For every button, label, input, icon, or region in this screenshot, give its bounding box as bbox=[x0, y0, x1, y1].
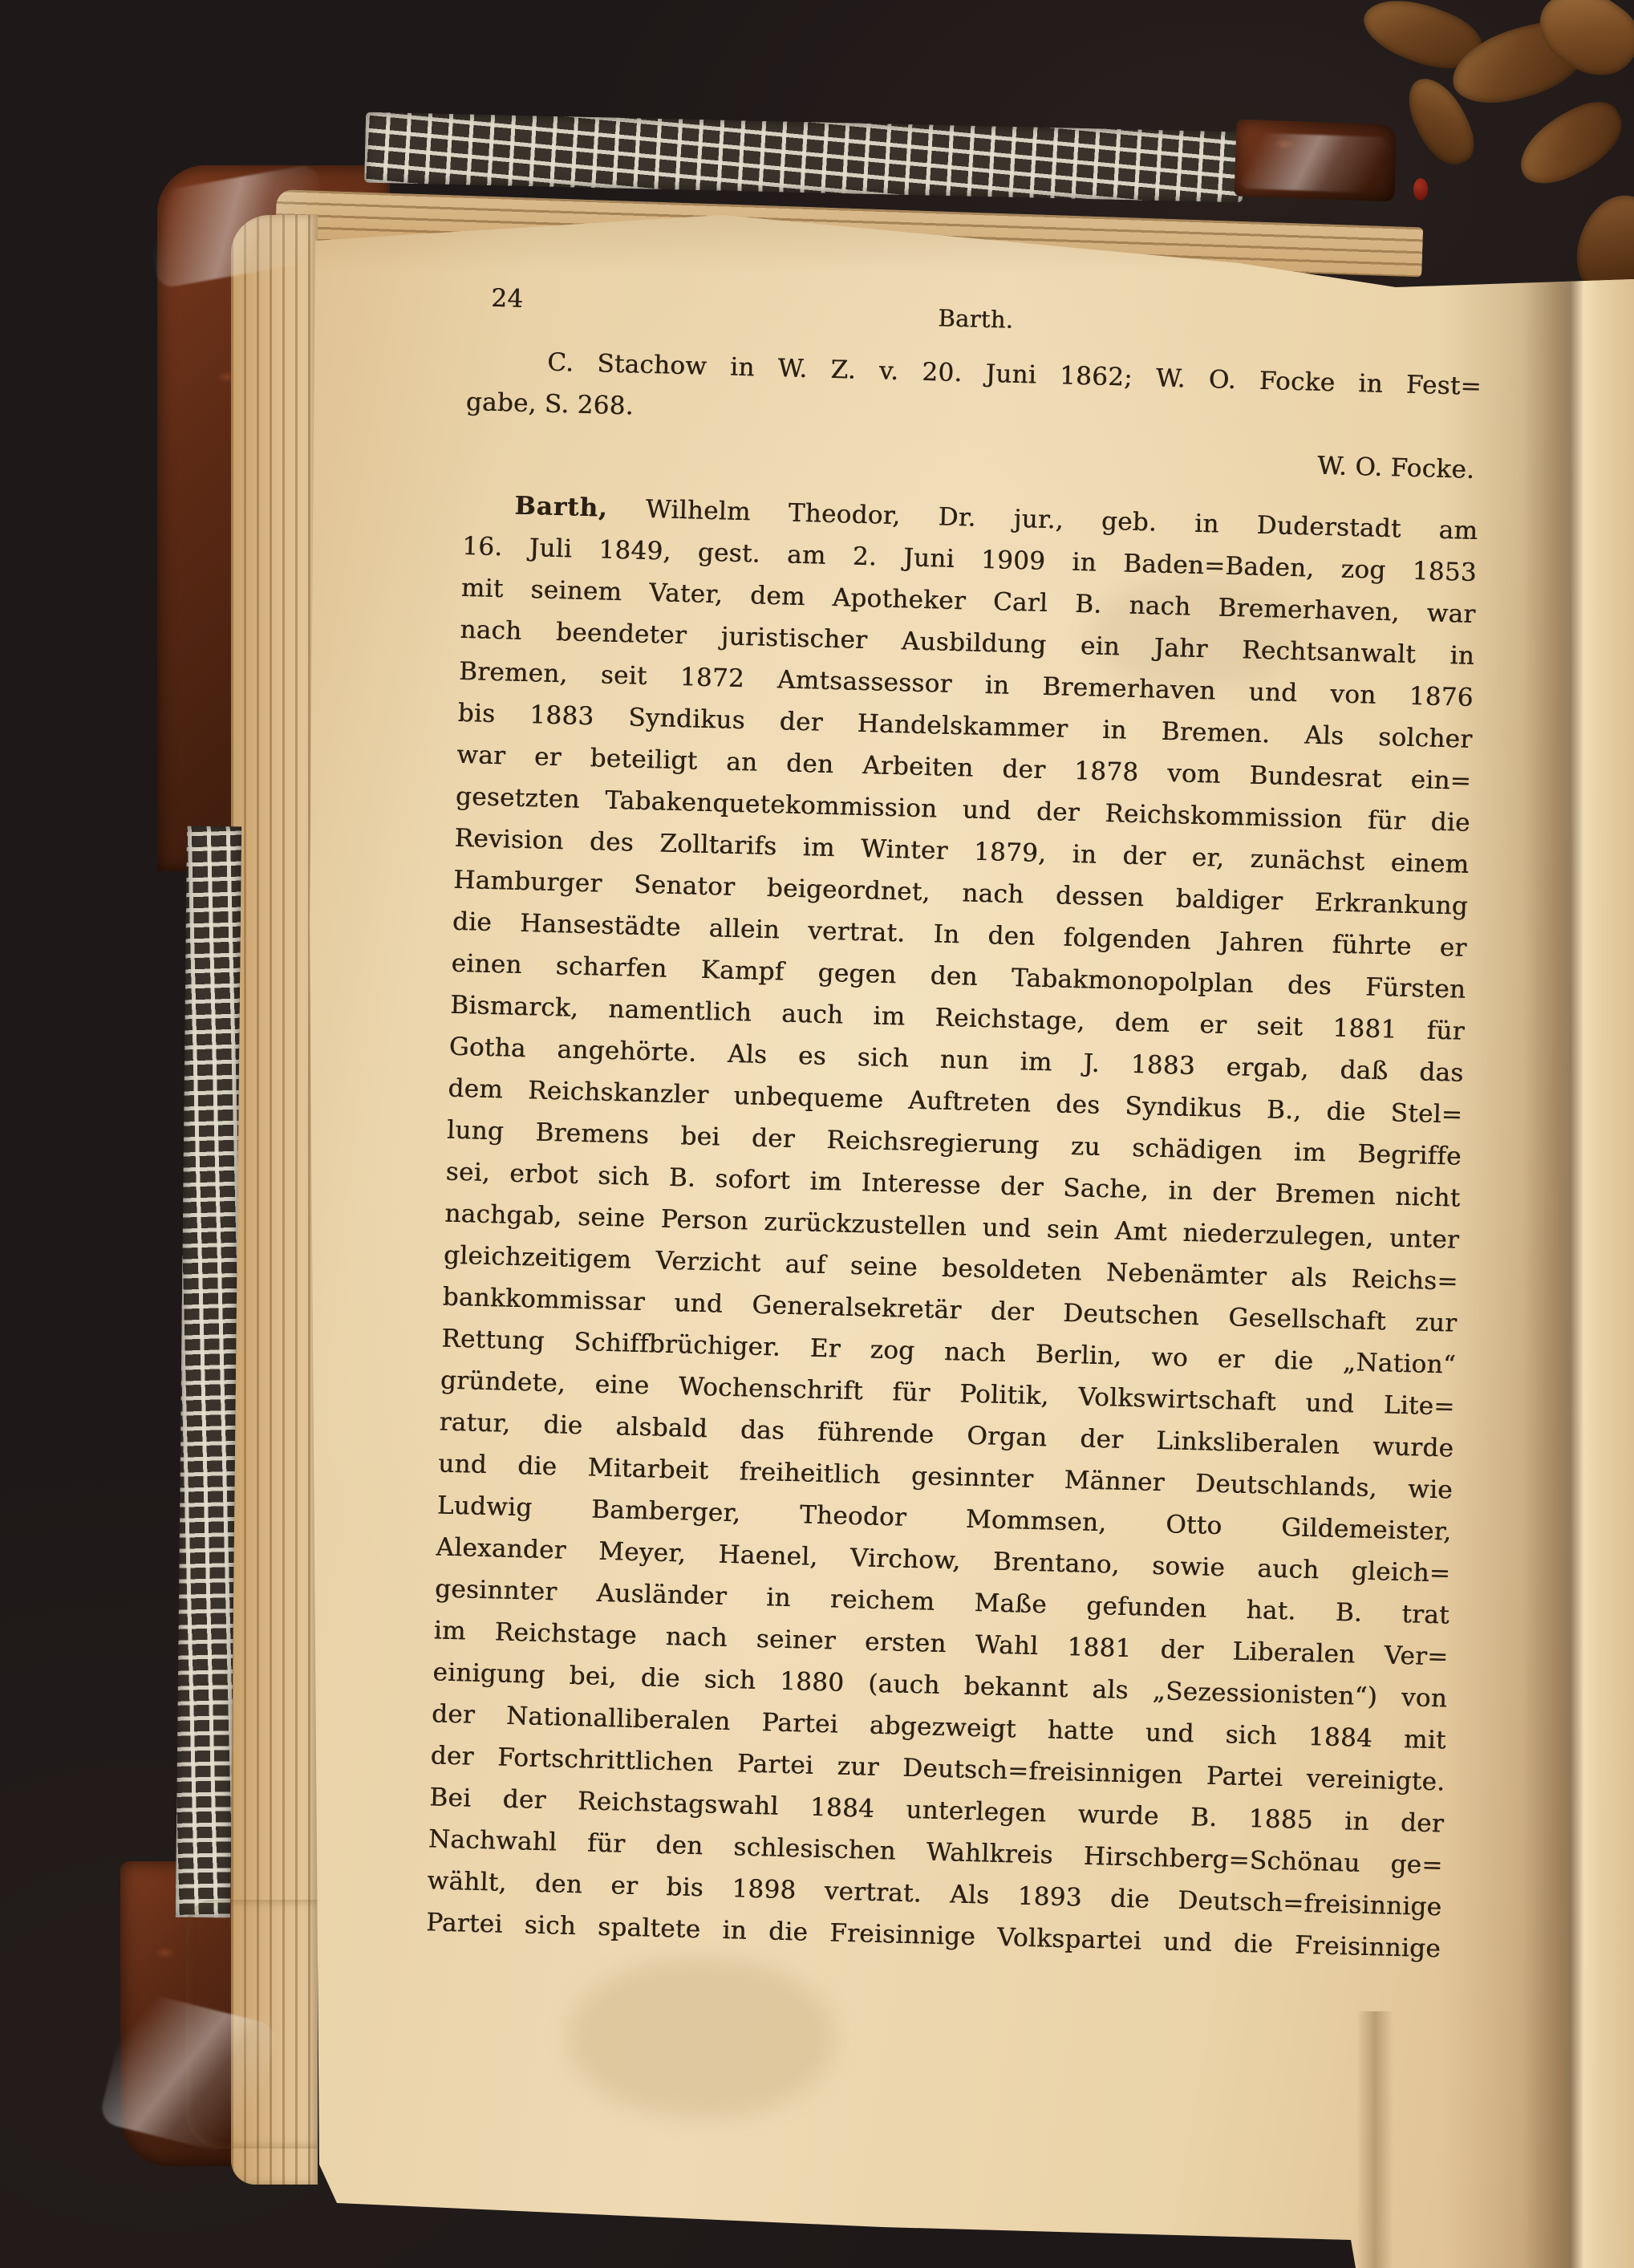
paper-stain bbox=[570, 1958, 834, 2118]
entry-paragraph: Barth, Wilhelm Theodor, Dr. jur., geb. i… bbox=[426, 484, 1478, 1970]
text-column: 24 Barth. C. Stachow in W. Z. v. 20. Jun… bbox=[426, 277, 1484, 1970]
page-fold-crease bbox=[1356, 2011, 1393, 2268]
dried-leaf bbox=[1507, 91, 1634, 196]
binding-mesh-left bbox=[176, 826, 241, 1918]
photo-of-book-page: { "colors": { "background": "#1e1818", "… bbox=[0, 0, 1634, 2268]
page-header: 24 Barth. bbox=[468, 277, 1484, 345]
page-edge-stack-left bbox=[231, 215, 318, 2185]
entry-lead-word: Barth, bbox=[514, 492, 608, 523]
dried-berry bbox=[1413, 178, 1428, 201]
entry-lines: 16. Juli 1849, gest. am 2. Juni 1909 in … bbox=[426, 525, 1478, 1970]
book-page: 24 Barth. C. Stachow in W. Z. v. 20. Jun… bbox=[305, 201, 1634, 2268]
citation-block: C. Stachow in W. Z. v. 20. Juni 1862; W.… bbox=[464, 339, 1482, 491]
binding-mesh-top bbox=[364, 112, 1244, 203]
